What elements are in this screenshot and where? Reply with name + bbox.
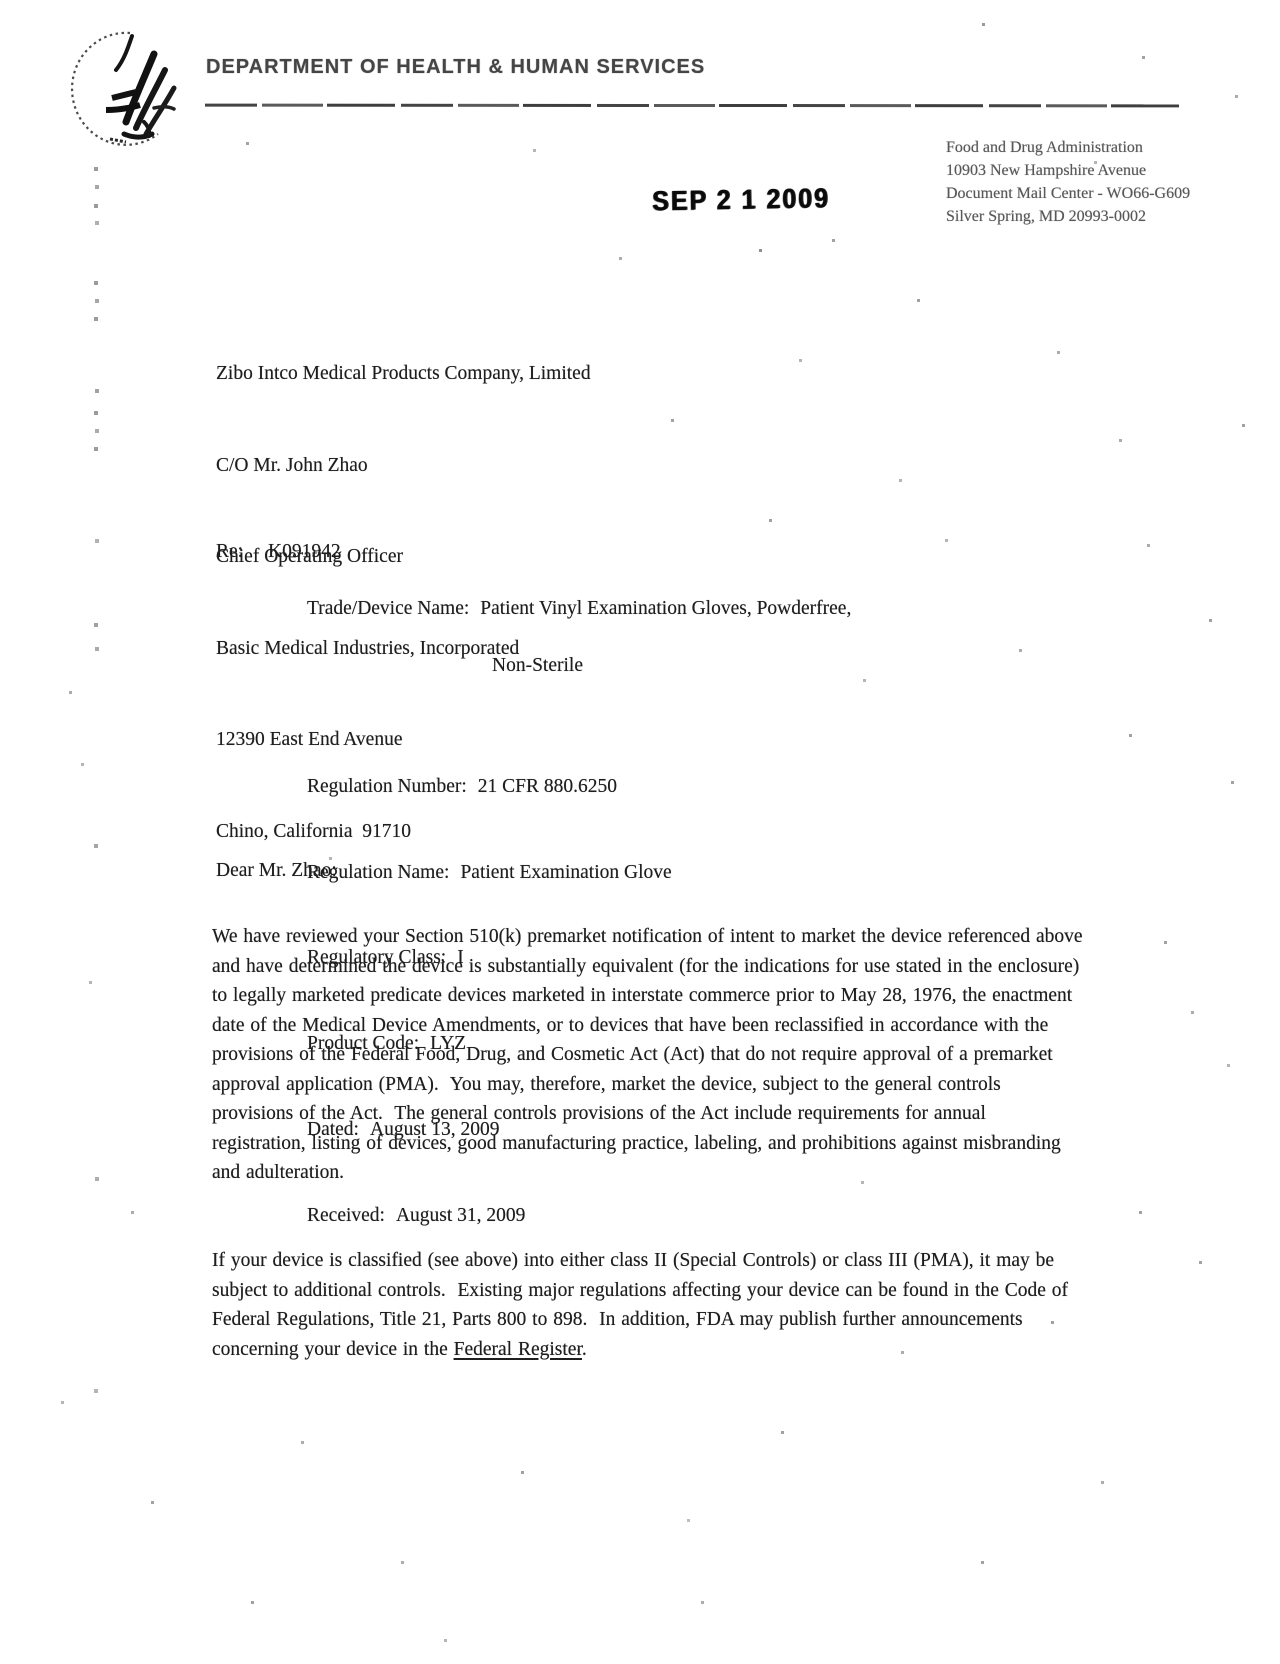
field-value: Patient Examination Glove xyxy=(460,862,671,883)
date-stamp: SEP 2 1 2009 xyxy=(652,183,830,218)
reference-heading: Re: K091942 xyxy=(216,538,851,567)
fda-address-line: 10903 New Hampshire Avenue xyxy=(946,159,1190,182)
recipient-line: C/O Mr. John Zhao xyxy=(216,451,591,482)
department-title: DEPARTMENT OF HEALTH & HUMAN SERVICES xyxy=(206,56,705,79)
field-label: Trade/Device Name: xyxy=(307,598,469,619)
k-number: K091942 xyxy=(268,538,341,567)
reference-row-regulation-name: Regulation Name:Patient Examination Glov… xyxy=(268,830,851,916)
body-paragraph-1: We have reviewed your Section 510(k) pre… xyxy=(212,922,1084,1188)
federal-register-underlined-text: Federal Register xyxy=(454,1339,582,1360)
fda-address-block: Food and Drug Administration 10903 New H… xyxy=(946,136,1190,228)
hhs-eagle-logo xyxy=(66,26,180,150)
paragraph-2-period: . xyxy=(582,1339,587,1360)
field-label: Received: xyxy=(307,1205,385,1226)
reference-row-trade-device-name: Trade/Device Name:Patient Vinyl Examinat… xyxy=(268,567,851,739)
fda-address-line: Document Mail Center - WO66-G609 xyxy=(946,182,1190,205)
body-paragraph-2: If your device is classified (see above)… xyxy=(212,1246,1084,1364)
re-label: Re: xyxy=(216,538,268,567)
fda-address-line: Food and Drug Administration xyxy=(946,136,1190,159)
scanned-letter-page: DEPARTMENT OF HEALTH & HUMAN SERVICES Fo… xyxy=(0,0,1280,1664)
paragraph-2-text: If your device is classified (see above)… xyxy=(212,1250,1074,1360)
fda-address-line: Silver Spring, MD 20993-0002 xyxy=(946,205,1190,228)
salutation: Dear Mr. Zhao: xyxy=(216,860,337,882)
scan-margin-artifacts xyxy=(0,0,2,2)
field-value: 21 CFR 880.6250 xyxy=(478,776,617,797)
field-value: Patient Vinyl Examination Gloves, Powder… xyxy=(480,598,851,619)
recipient-line: Zibo Intco Medical Products Company, Lim… xyxy=(216,359,591,390)
field-value-continued: Non-Sterile xyxy=(492,652,851,681)
reference-row-regulation-number: Regulation Number:21 CFR 880.6250 xyxy=(268,744,851,830)
field-value: August 31, 2009 xyxy=(396,1205,525,1226)
field-label: Regulation Number: xyxy=(307,776,467,797)
letterhead-divider-line xyxy=(205,104,1180,108)
